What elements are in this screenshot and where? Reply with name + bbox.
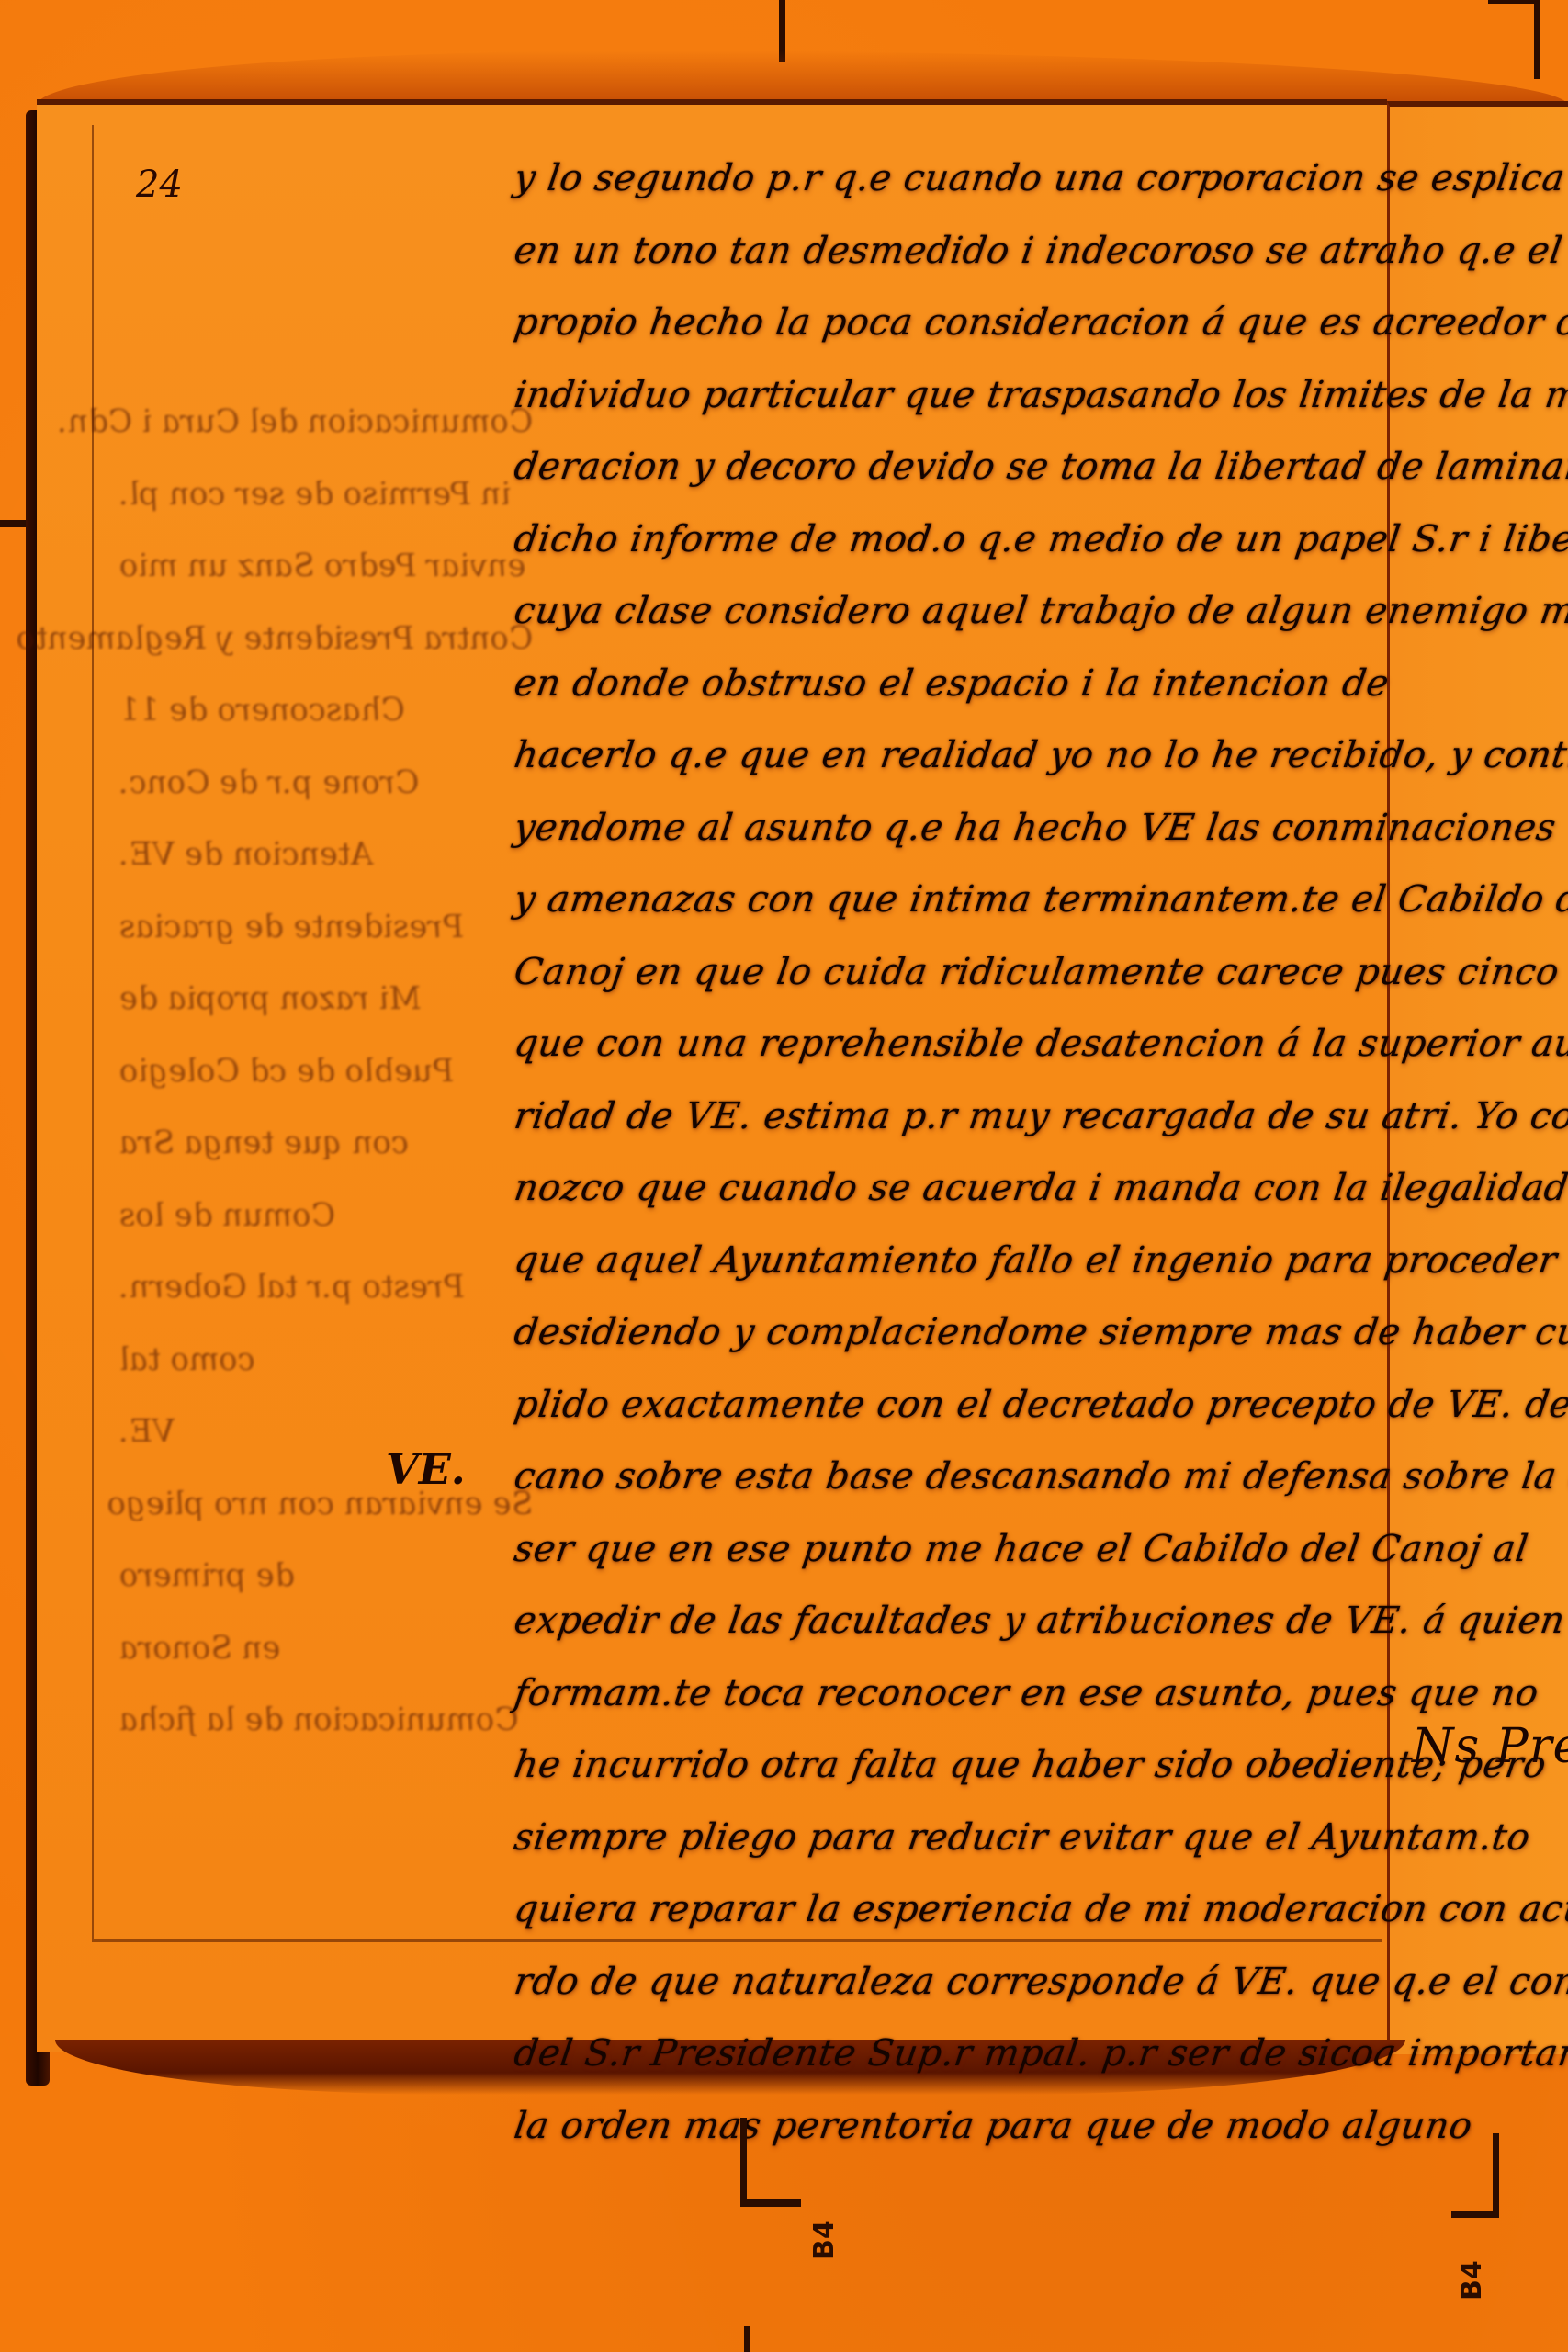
text-line: Canoj en que lo cuida ridiculamente care… <box>509 936 1387 1009</box>
bleed-line: de primero <box>114 1540 537 1612</box>
text-line: nozco que cuando se acuerda i manda con … <box>509 1152 1387 1225</box>
bleed-line: Atencion de VE. <box>114 819 537 891</box>
crop-mark-top-right-h <box>1488 0 1539 4</box>
bleed-line: in Permiso de ser con pl. <box>114 458 537 531</box>
text-line: en un tono tan desmedido i indecoroso se… <box>509 215 1387 288</box>
text-line: en donde obstruso el espacio i la intenc… <box>509 648 1387 720</box>
bleed-line: Pueblo de cd Colegio <box>114 1035 537 1108</box>
text-line: deracion y decoro devido se toma la libe… <box>509 431 1387 503</box>
left-margin-mark: VE. <box>386 1444 466 1494</box>
crop-mark-bottom-left-stub <box>744 2326 750 2352</box>
text-line: del S.r Presidente Sup.r mpal. p.r ser d… <box>509 2018 1387 2090</box>
text-line: yendome al asunto q.e ha hecho VE las co… <box>509 792 1387 865</box>
text-line: siempre pliego para reducir evitar que e… <box>509 1802 1387 1874</box>
text-line: y lo segundo p.r q.e cuando una corporac… <box>509 142 1387 215</box>
text-line: individuo particular que traspasando los… <box>509 359 1387 432</box>
manuscript-text: y lo segundo p.r q.e cuando una corporac… <box>514 142 1382 2162</box>
bleed-line: en Sonora <box>114 1612 537 1685</box>
crop-mark-bottom-right-v <box>1493 2133 1499 2216</box>
text-line: que con una reprehensible desatencion á … <box>509 1008 1387 1080</box>
text-line: propio hecho la poca consideracion á que… <box>509 287 1387 359</box>
text-line: plido exactamente con el decretado prece… <box>509 1369 1387 1442</box>
text-line: desidiendo y complaciendome siempre mas … <box>509 1296 1387 1369</box>
crop-mark-bottom-left-v <box>740 2118 747 2205</box>
text-line: ser que en ese punto me hace el Cabildo … <box>509 1513 1387 1586</box>
text-line: he incurrido otra falta que haber sido o… <box>509 1729 1387 1802</box>
crop-label-right: B4 <box>1456 2260 1488 2301</box>
text-line: quiera reparar la esperiencia de mi mode… <box>509 1873 1387 1946</box>
crop-mark-top-right <box>1534 0 1540 79</box>
bleed-line: Comunicacion del Cura i Cdn. <box>114 386 537 458</box>
text-line: expedir de las facultades y atribuciones… <box>509 1585 1387 1657</box>
text-line: formam.te toca reconocer en ese asunto, … <box>509 1657 1387 1730</box>
bleed-line: Chasconero de 11 <box>114 674 537 747</box>
bleed-line: enviar Pedro Sanz un mio <box>114 530 537 603</box>
text-line: cuya clase considero aquel trabajo de al… <box>509 575 1387 648</box>
bleed-line: Contra Presidente y Reglamento <box>114 603 537 675</box>
bleed-line: VE. <box>114 1396 537 1468</box>
bleed-line: Comun de los <box>114 1180 537 1252</box>
bleed-line: Presto p.r tal Gobern. <box>114 1251 537 1324</box>
bleed-line: Crone p.r de Conc. <box>114 747 537 820</box>
folio-number: 24 <box>136 164 183 206</box>
text-line: y amenazas con que intima terminantem.te… <box>509 864 1387 936</box>
text-line: hacerlo q.e que en realidad yo no lo he … <box>509 719 1387 792</box>
bleed-line: Se enviaran con nro pliego <box>114 1468 537 1541</box>
text-line: rdo de que naturaleza corresponde á VE. … <box>509 1946 1387 2018</box>
bleed-line: como tal <box>114 1324 537 1396</box>
bleed-line: con que tenga Sra <box>114 1107 537 1180</box>
text-line: que aquel Ayuntamiento fallo el ingenio … <box>509 1225 1387 1297</box>
text-line: ridad de VE. estima p.r muy recargada de… <box>509 1080 1387 1153</box>
crop-label-left: B4 <box>808 2220 840 2260</box>
crop-mark-bottom-left-h <box>740 2199 801 2207</box>
bleed-through-text: Comunicacion del Cura i Cdn. in Permiso … <box>119 386 533 1757</box>
bleed-line: Mi razon propia de <box>114 963 537 1035</box>
crop-mark-bottom-right-h <box>1451 2211 1499 2218</box>
text-line: dicho informe de mod.o q.e medio de un p… <box>509 503 1387 576</box>
text-line: la orden mas perentoria para que de modo… <box>509 2090 1387 2163</box>
text-line: cano sobre esta base descansando mi defe… <box>509 1441 1387 1513</box>
bleed-line: Comunicacion de la ficha <box>114 1684 537 1757</box>
bleed-line: Presidente de gracias <box>114 891 537 964</box>
